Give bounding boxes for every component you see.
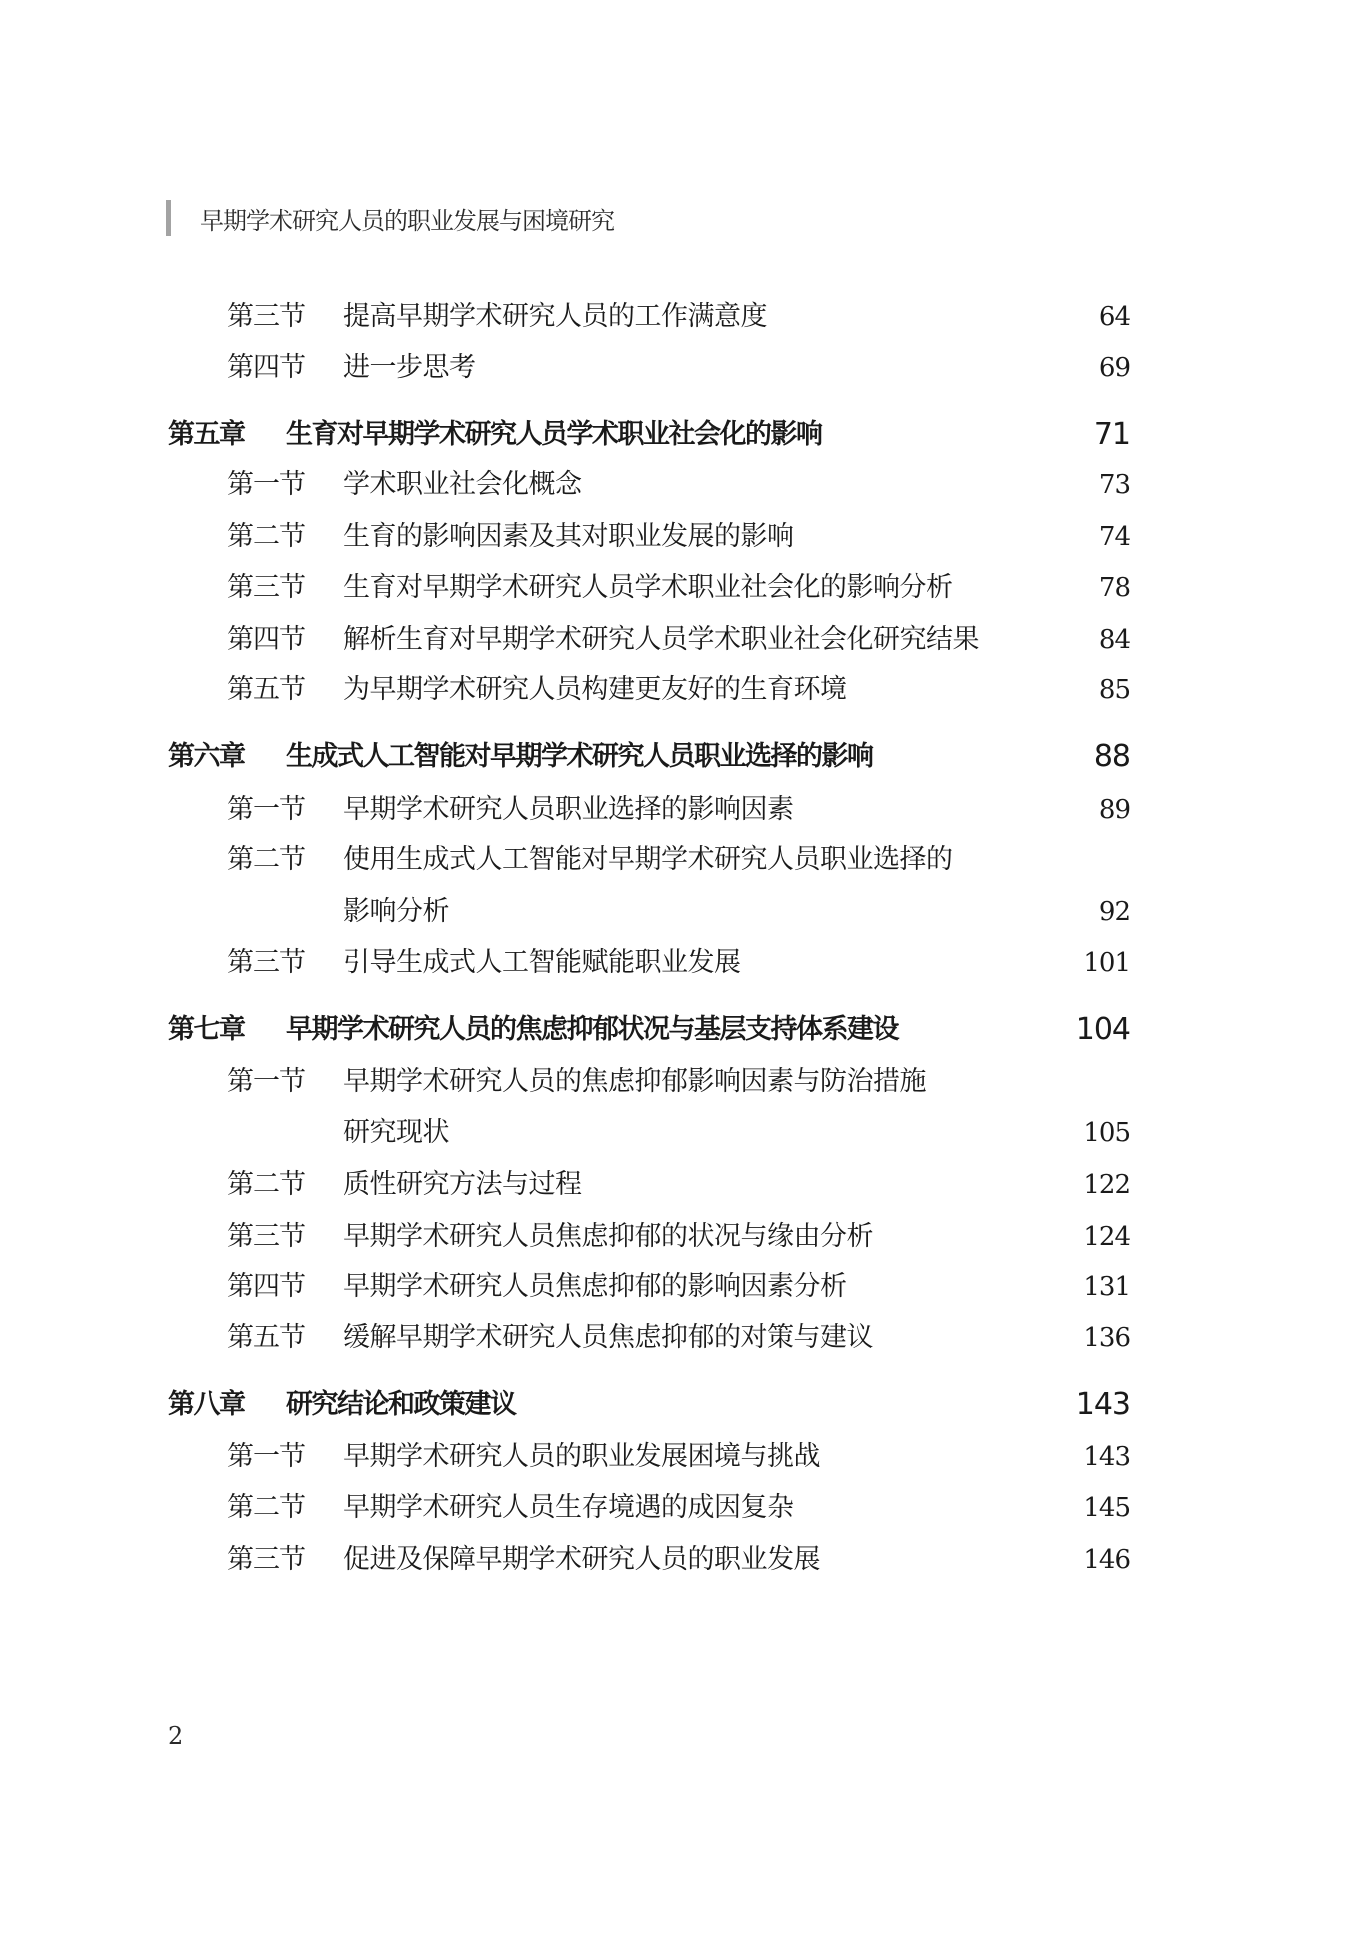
toc-section-entry[interactable]: 第三节早期学术研究人员焦虑抑郁的状况与缘由分析124 — [0, 1217, 1363, 1257]
toc-entry-label: 第二节 — [227, 1488, 305, 1528]
toc-entry-text: 生成式人工智能对早期学术研究人员职业选择的影响 — [286, 737, 873, 777]
toc-section-entry[interactable]: 研究现状105 — [0, 1113, 1363, 1153]
toc-entry-page: 92 — [1099, 892, 1130, 932]
toc-entry-text: 生育对早期学术研究人员学术职业社会化的影响 — [286, 415, 822, 455]
toc-section-entry[interactable]: 第二节质性研究方法与过程122 — [0, 1165, 1363, 1205]
toc-entry-label: 第六章 — [168, 737, 245, 777]
toc-section-entry[interactable]: 第三节促进及保障早期学术研究人员的职业发展146 — [0, 1540, 1363, 1580]
toc-section-entry[interactable]: 第一节早期学术研究人员的焦虑抑郁影响因素与防治措施 — [0, 1062, 1363, 1102]
toc-entry-page: 64 — [1099, 297, 1130, 337]
toc-entry-page: 101 — [1083, 943, 1130, 983]
toc-entry-label: 第五节 — [227, 670, 305, 710]
toc-entry-page: 71 — [1094, 415, 1130, 455]
toc-entry-text: 进一步思考 — [343, 348, 476, 388]
toc-entry-label: 第二节 — [227, 1165, 305, 1205]
toc-entry-label: 第四节 — [227, 620, 305, 660]
toc-entry-text: 早期学术研究人员职业选择的影响因素 — [343, 790, 794, 830]
toc-entry-text: 引导生成式人工智能赋能职业发展 — [343, 943, 741, 983]
running-head-bar — [166, 200, 171, 236]
toc-section-entry[interactable]: 第三节引导生成式人工智能赋能职业发展101 — [0, 943, 1363, 983]
toc-entry-text: 提高早期学术研究人员的工作满意度 — [343, 297, 767, 337]
toc-entry-page: 143 — [1076, 1385, 1130, 1425]
toc-entry-text: 研究现状 — [343, 1113, 449, 1153]
running-head: 早期学术研究人员的职业发展与困境研究 — [166, 200, 614, 236]
toc-entry-text: 早期学术研究人员的焦虑抑郁状况与基层支持体系建设 — [286, 1010, 898, 1050]
toc-entry-text: 缓解早期学术研究人员焦虑抑郁的对策与建议 — [343, 1318, 873, 1358]
toc-entry-page: 74 — [1099, 517, 1130, 557]
toc-entry-page: 104 — [1076, 1010, 1130, 1050]
toc-entry-text: 解析生育对早期学术研究人员学术职业社会化研究结果 — [343, 620, 979, 660]
page-number: 2 — [168, 1722, 183, 1750]
toc-entry-text: 质性研究方法与过程 — [343, 1165, 582, 1205]
toc-entry-text: 早期学术研究人员焦虑抑郁的状况与缘由分析 — [343, 1217, 873, 1257]
toc-entry-label: 第二节 — [227, 517, 305, 557]
toc-section-entry[interactable]: 第一节早期学术研究人员的职业发展困境与挑战143 — [0, 1437, 1363, 1477]
toc-entry-label: 第四节 — [227, 348, 305, 388]
toc-chapter-entry[interactable]: 第七章早期学术研究人员的焦虑抑郁状况与基层支持体系建设104 — [0, 1010, 1363, 1050]
toc-section-entry[interactable]: 第一节学术职业社会化概念73 — [0, 465, 1363, 505]
toc-entry-label: 第三节 — [227, 297, 305, 337]
toc-entry-page: 85 — [1099, 670, 1130, 710]
toc-section-entry[interactable]: 第一节早期学术研究人员职业选择的影响因素89 — [0, 790, 1363, 830]
toc-entry-page: 88 — [1094, 737, 1130, 777]
toc-entry-page: 146 — [1083, 1540, 1130, 1580]
toc-section-entry[interactable]: 第三节生育对早期学术研究人员学术职业社会化的影响分析78 — [0, 568, 1363, 608]
toc-entry-page: 124 — [1083, 1217, 1130, 1257]
toc-entry-label: 第五节 — [227, 1318, 305, 1358]
toc-section-entry[interactable]: 第二节早期学术研究人员生存境遇的成因复杂145 — [0, 1488, 1363, 1528]
toc-entry-page: 69 — [1099, 348, 1130, 388]
toc-entry-text: 生育的影响因素及其对职业发展的影响 — [343, 517, 794, 557]
toc-entry-text: 生育对早期学术研究人员学术职业社会化的影响分析 — [343, 568, 953, 608]
toc-entry-label: 第三节 — [227, 1540, 305, 1580]
toc-entry-label: 第五章 — [168, 415, 245, 455]
toc-entry-text: 研究结论和政策建议 — [286, 1385, 516, 1425]
toc-entry-label: 第一节 — [227, 1437, 305, 1477]
toc-entry-page: 73 — [1099, 465, 1130, 505]
toc-entry-label: 第二节 — [227, 840, 305, 880]
toc-section-entry[interactable]: 第四节进一步思考69 — [0, 348, 1363, 388]
toc-entry-text: 早期学术研究人员的职业发展困境与挑战 — [343, 1437, 820, 1477]
toc-entry-label: 第三节 — [227, 568, 305, 608]
toc-section-entry[interactable]: 影响分析92 — [0, 892, 1363, 932]
toc-entry-page: 143 — [1083, 1437, 1130, 1477]
toc-entry-text: 为早期学术研究人员构建更友好的生育环境 — [343, 670, 847, 710]
toc-entry-page: 78 — [1099, 568, 1130, 608]
toc-entry-page: 84 — [1099, 620, 1130, 660]
toc-entry-label: 第三节 — [227, 1217, 305, 1257]
toc-entry-label: 第三节 — [227, 943, 305, 983]
toc-entry-page: 105 — [1083, 1113, 1130, 1153]
toc-entry-text: 学术职业社会化概念 — [343, 465, 582, 505]
toc-entry-label: 第七章 — [168, 1010, 245, 1050]
toc-entry-text: 早期学术研究人员的焦虑抑郁影响因素与防治措施 — [343, 1062, 926, 1102]
toc-section-entry[interactable]: 第四节早期学术研究人员焦虑抑郁的影响因素分析131 — [0, 1267, 1363, 1307]
toc-entry-label: 第一节 — [227, 790, 305, 830]
toc-chapter-entry[interactable]: 第八章研究结论和政策建议143 — [0, 1385, 1363, 1425]
toc-entry-label: 第四节 — [227, 1267, 305, 1307]
toc-section-entry[interactable]: 第五节缓解早期学术研究人员焦虑抑郁的对策与建议136 — [0, 1318, 1363, 1358]
toc-entry-text: 早期学术研究人员生存境遇的成因复杂 — [343, 1488, 794, 1528]
toc-section-entry[interactable]: 第五节为早期学术研究人员构建更友好的生育环境85 — [0, 670, 1363, 710]
toc-entry-text: 影响分析 — [343, 892, 449, 932]
toc-section-entry[interactable]: 第三节提高早期学术研究人员的工作满意度64 — [0, 297, 1363, 337]
toc-entry-text: 促进及保障早期学术研究人员的职业发展 — [343, 1540, 820, 1580]
toc-entry-text: 早期学术研究人员焦虑抑郁的影响因素分析 — [343, 1267, 847, 1307]
toc-section-entry[interactable]: 第四节解析生育对早期学术研究人员学术职业社会化研究结果84 — [0, 620, 1363, 660]
toc-entry-page: 131 — [1083, 1267, 1130, 1307]
toc-entry-text: 使用生成式人工智能对早期学术研究人员职业选择的 — [343, 840, 953, 880]
toc-entry-label: 第一节 — [227, 1062, 305, 1102]
toc-entry-page: 145 — [1083, 1488, 1130, 1528]
toc-entry-page: 122 — [1083, 1165, 1130, 1205]
toc-entry-page: 136 — [1083, 1318, 1130, 1358]
book-title: 早期学术研究人员的职业发展与困境研究 — [200, 201, 614, 236]
toc-entry-label: 第八章 — [168, 1385, 245, 1425]
toc-section-entry[interactable]: 第二节生育的影响因素及其对职业发展的影响74 — [0, 517, 1363, 557]
toc-chapter-entry[interactable]: 第五章生育对早期学术研究人员学术职业社会化的影响71 — [0, 415, 1363, 455]
toc-entry-label: 第一节 — [227, 465, 305, 505]
toc-section-entry[interactable]: 第二节使用生成式人工智能对早期学术研究人员职业选择的 — [0, 840, 1363, 880]
toc-chapter-entry[interactable]: 第六章生成式人工智能对早期学术研究人员职业选择的影响88 — [0, 737, 1363, 777]
toc-entry-page: 89 — [1099, 790, 1130, 830]
